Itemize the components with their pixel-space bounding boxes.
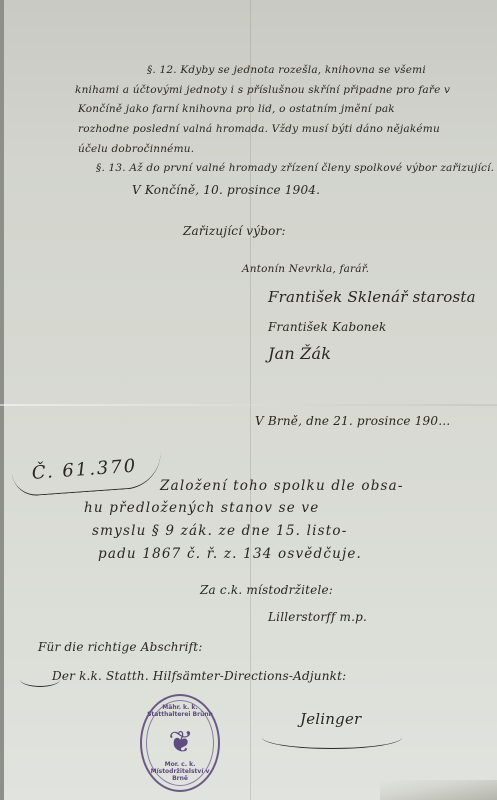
official-stamp: Mähr. k. k. Statthalterei Brünn ❦ Mor. c… xyxy=(140,694,220,792)
stamp-top-text: Mähr. k. k. Statthalterei Brünn xyxy=(142,704,218,718)
official-body-line-3: smyslu § 9 zák. ze dne 15. listo- xyxy=(92,523,347,539)
stamp-bottom-text: Mor. c. k. Místodržitelství v Brně xyxy=(142,761,218,782)
document-page: §. 12. Kdyby se jednota rozešla, knihovn… xyxy=(0,0,497,800)
official-body-line-1: Založení toho spolku dle obsa- xyxy=(160,478,404,494)
section-12-line-5: účelu dobročinnému. xyxy=(78,143,194,155)
signature-zak: Jan Žák xyxy=(268,344,331,363)
signature-kabonek: František Kabonek xyxy=(268,320,386,334)
signature-nevrkla: Antonín Nevrkla, farář. xyxy=(242,263,369,275)
flourish-stroke xyxy=(20,672,60,687)
place-date: V Končíně, 10. prosince 1904. xyxy=(132,183,320,197)
section-12-line-4: rozhodne poslední valná hromada. Vždy mu… xyxy=(78,123,440,135)
section-12-line-3: Končíně jako farní knihovna pro lid, o o… xyxy=(78,103,395,115)
horizontal-fold-crease xyxy=(0,404,497,406)
page-corner-shadow xyxy=(380,780,497,800)
certification-line-2: Der k.k. Statth. Hilfsämter-Directions-A… xyxy=(52,669,346,683)
official-body-line-4: padu 1867 č. ř. z. 134 osvědčuje. xyxy=(98,546,362,562)
page-edge-shadow xyxy=(0,0,4,800)
official-body-line-2: hu předložených stanov se ve xyxy=(84,500,319,516)
double-headed-eagle-icon: ❦ xyxy=(162,720,200,766)
reference-number: Č. 61.370 xyxy=(31,456,138,484)
authority-line: Za c.k. místodržitele: xyxy=(200,583,333,597)
certification-line-1: Für die richtige Abschrift: xyxy=(38,640,203,654)
reference-number-box: Č. 61.370 xyxy=(11,450,163,497)
signature-flourish xyxy=(262,726,402,749)
official-place-line: V Brně, dne 21. prosince 190… xyxy=(255,414,450,428)
signature-sklenar: František Sklenář starosta xyxy=(268,288,476,306)
section-12-line-1: §. 12. Kdyby se jednota rozešla, knihovn… xyxy=(147,64,426,76)
authority-signer: Lillerstorff m.p. xyxy=(268,610,367,624)
section-13: §. 13. Až do první valné hromady zřízení… xyxy=(96,162,494,174)
section-12-line-2: knihami a účtovými jednoty i s příslušno… xyxy=(75,84,450,96)
committee-heading: Zařizující výbor: xyxy=(183,224,286,238)
